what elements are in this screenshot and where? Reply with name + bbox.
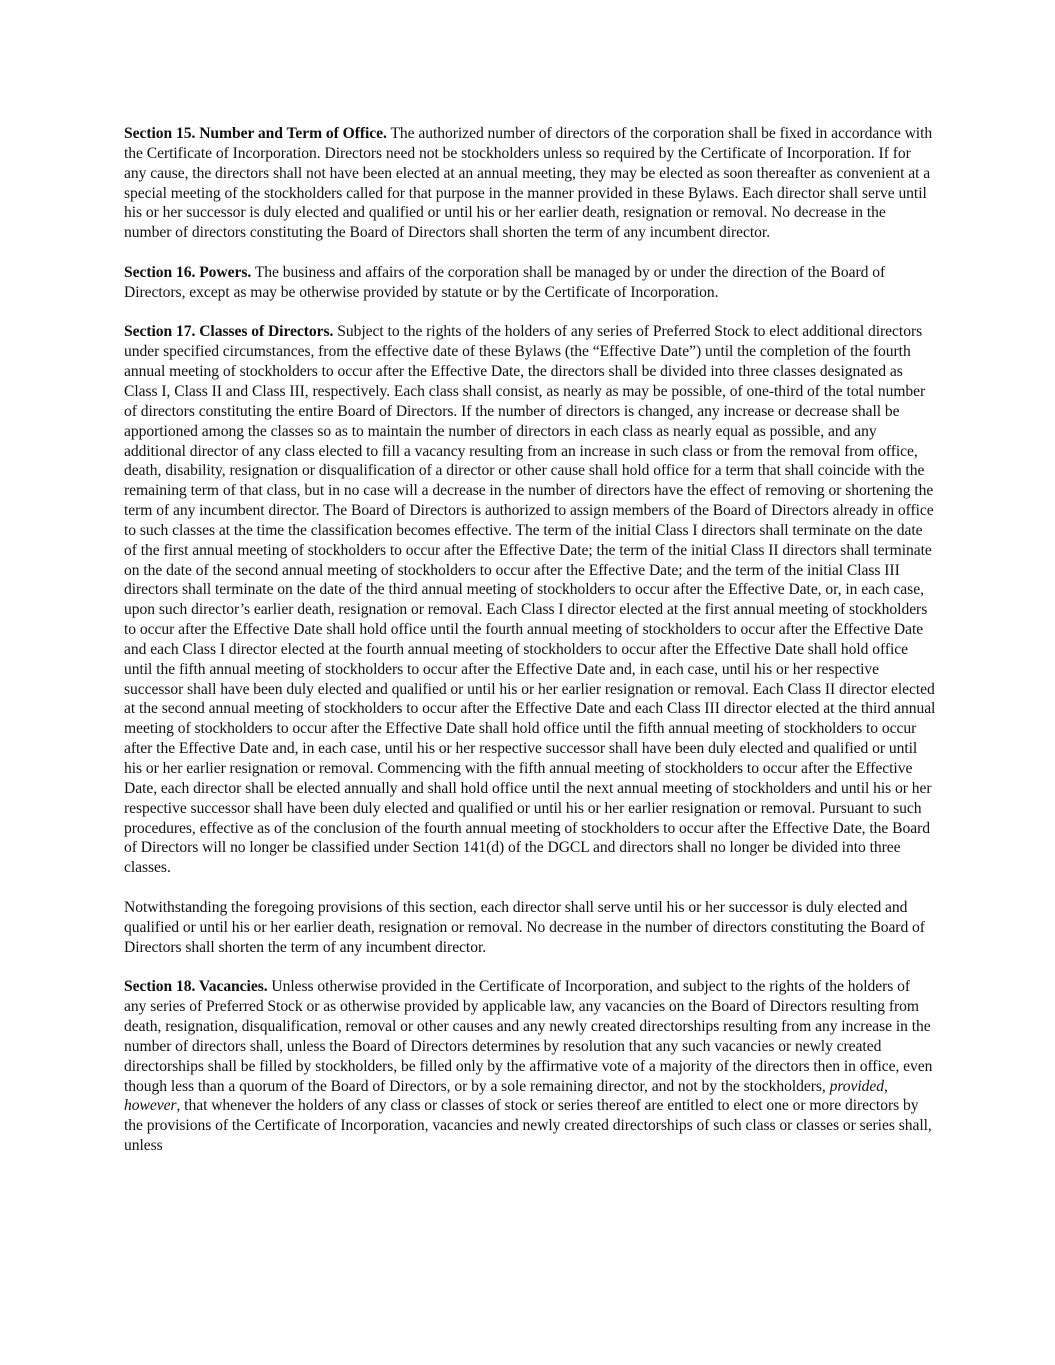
section-15-heading: Section 15. Number and Term of Office. bbox=[124, 125, 387, 142]
section-15-body: The authorized number of directors of th… bbox=[124, 125, 932, 241]
section-17-paragraph: Section 17. Classes of Directors. Subjec… bbox=[124, 322, 936, 878]
section-16-paragraph: Section 16. Powers. The business and aff… bbox=[124, 263, 936, 303]
document-page: Section 15. Number and Term of Office. T… bbox=[124, 124, 936, 1176]
section-18-body-continued: , that whenever the holders of any class… bbox=[124, 1097, 932, 1154]
section-18-paragraph: Section 18. Vacancies. Unless otherwise … bbox=[124, 977, 936, 1156]
section-17-notwithstanding-paragraph: Notwithstanding the foregoing provisions… bbox=[124, 898, 936, 958]
section-17-notwithstanding-body: Notwithstanding the foregoing provisions… bbox=[124, 899, 925, 956]
section-18-heading: Section 18. Vacancies. bbox=[124, 978, 268, 995]
section-15-paragraph: Section 15. Number and Term of Office. T… bbox=[124, 124, 936, 243]
section-17-heading: Section 17. Classes of Directors. bbox=[124, 323, 333, 340]
section-16-heading: Section 16. Powers. bbox=[124, 264, 251, 281]
section-18-body: Unless otherwise provided in the Certifi… bbox=[124, 978, 932, 1094]
section-17-body: Subject to the rights of the holders of … bbox=[124, 323, 935, 876]
